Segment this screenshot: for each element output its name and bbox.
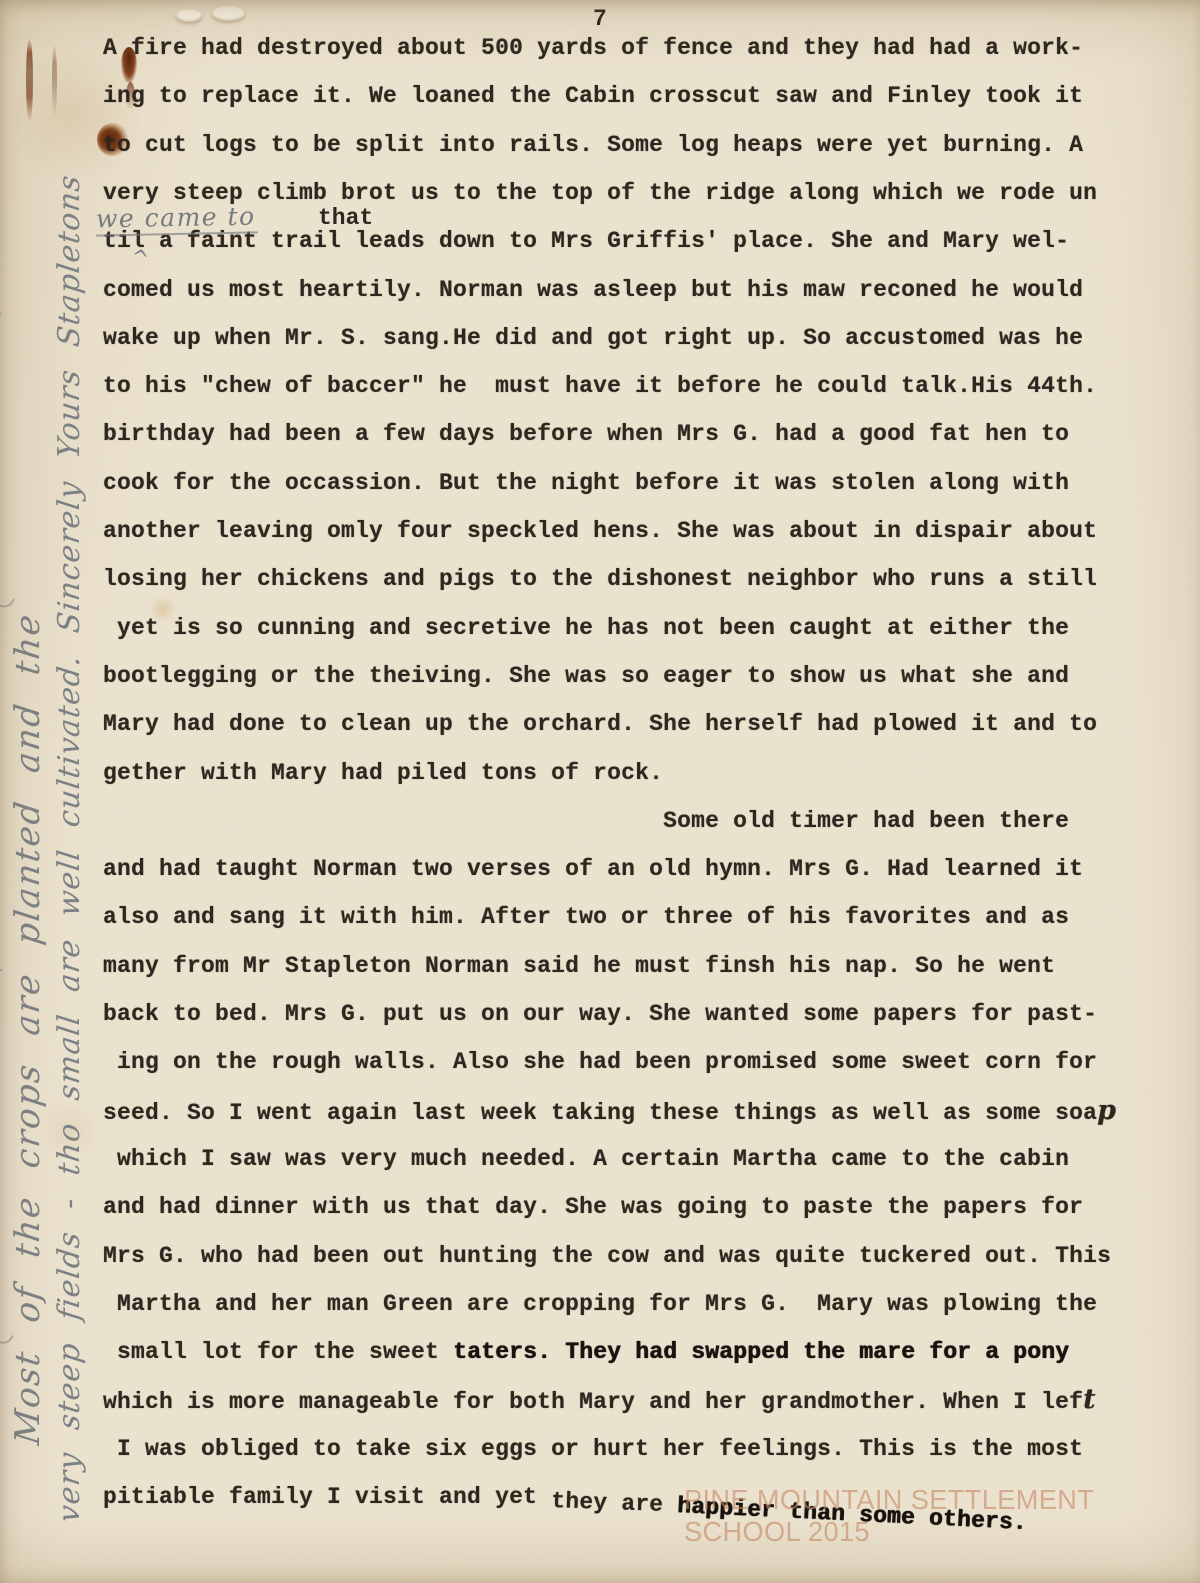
typed-segment: seed. So I went again last week taking t… [103,1100,1097,1126]
typed-segment: and had taught Norman two verses of an o… [103,856,1083,882]
typed-segment: also and sang it with him. After two or … [103,904,1069,930]
margin-scribble-fragment [0,262,25,322]
typed-segment: bootlegging or the theiving. She was so … [103,663,1069,689]
typed-segment: wake up when Mr. S. sang.He did and got … [103,325,1083,351]
margin-signature: Sincerely Yours Stapletons [52,173,87,658]
typed-segment: gether with Mary had piled tons of rock. [103,760,663,786]
typed-segment: t [1083,1384,1096,1415]
typed-line: cook for the occassion. But the night be… [103,470,1069,496]
typed-segment: ing on the rough walls. Also she had bee… [103,1049,1097,1075]
archive-watermark: PINE MOUNTAIN SETTLEMENT SCHOOL 2015 [684,1484,1185,1548]
typed-segment: ing to replace it. We loaned the Cabin c… [103,83,1083,109]
paper-hole [176,9,202,22]
typed-line: A fire had destroyed about 500 yards of … [103,35,1083,61]
pencil-insertion-note: we came to [96,202,256,234]
typed-segment: Mary had done to clean up the orchard. S… [103,711,1097,737]
typed-segment: which I saw was very much needed. A cert… [103,1146,1069,1172]
typed-segment: they are [551,1488,678,1518]
typed-line: which is more manageable for both Mary a… [103,1387,1096,1415]
typed-line: to cut logs to be split into rails. Some… [103,132,1083,158]
typed-segment: Martha and her man Green are cropping fo… [103,1291,1097,1317]
typed-line: back to bed. Mrs G. put us on our way. S… [103,1001,1097,1027]
typed-segment: small lot for the sweet [103,1339,453,1365]
rust-stain [52,44,57,118]
typed-segment: comed us most heartily. Norman was aslee… [103,277,1083,303]
typed-line: small lot for the sweet taters. They had… [103,1339,1069,1365]
typed-line: ing on the rough walls. Also she had bee… [103,1049,1097,1075]
typed-segment: yet is so cunning and secretive he has n… [103,615,1069,641]
typed-segment: back to bed. Mrs G. put us on our way. S… [103,1001,1097,1027]
typed-line: yet is so cunning and secretive he has n… [103,615,1069,641]
typed-line: to his "chew of baccer" he must have it … [103,373,1097,399]
typed-segment: pitiable family I visit and yet [103,1484,551,1510]
typed-line: many from Mr Stapleton Norman said he mu… [103,953,1055,979]
typed-line: Mrs G. who had been out hunting the cow … [103,1243,1111,1269]
typed-line: Mary had done to clean up the orchard. S… [103,711,1097,737]
typed-line: gether with Mary had piled tons of rock. [103,760,663,786]
typed-line: Some old timer had been there [103,808,1069,834]
paper-hole [212,6,245,21]
typed-segment: another leaving omly four speckled hens.… [103,518,1097,544]
typed-segment: Mrs G. who had been out hunting the cow … [103,1243,1111,1269]
typed-segment: cook for the occassion. But the night be… [103,470,1069,496]
typed-segment: Some old timer had been there [103,808,1069,834]
typed-segment: and had dinner with us that day. She was… [103,1194,1083,1220]
letter-page: 7 A fire had destroyed about 500 yards o… [0,0,1200,1583]
typed-line: bootlegging or the theiving. She was so … [103,663,1069,689]
page-number: 7 [593,6,607,32]
typed-line: ing to replace it. We loaned the Cabin c… [103,83,1083,109]
typed-line: seed. So I went again last week taking t… [103,1098,1116,1126]
typed-line: which I saw was very much needed. A cert… [103,1146,1069,1172]
typed-segment: p [1097,1095,1116,1126]
typed-line: Martha and her man Green are cropping fo… [103,1291,1097,1317]
foxing-stain [10,40,140,190]
typed-segment: to cut logs to be split into rails. Some… [103,132,1083,158]
typed-line: also and sang it with him. After two or … [103,904,1069,930]
margin-handwriting-outer: Most of the crops are planted and the [8,611,48,1447]
typed-segment: losing her chickens and pigs to the dish… [103,566,1097,592]
typed-line: birthday had been a few days before when… [103,421,1069,447]
typed-segment: A fire had destroyed about 500 yards of … [103,35,1083,61]
typed-line: and had dinner with us that day. She was… [103,1194,1083,1220]
typed-line: wake up when Mr. S. sang.He did and got … [103,325,1083,351]
typed-segment: birthday had been a few days before when… [103,421,1069,447]
typed-segment: to his "chew of baccer" he must have it … [103,373,1097,399]
typed-segment: I was obliged to take six eggs or hurt h… [103,1436,1083,1462]
caret-mark: ^ [129,244,151,271]
typed-segment: many from Mr Stapleton Norman said he mu… [103,953,1055,979]
typed-line: another leaving omly four speckled hens.… [103,518,1097,544]
rust-stain [26,38,33,122]
typed-insertion-word: that [318,205,373,231]
typed-line: comed us most heartily. Norman was aslee… [103,277,1083,303]
margin-handwriting-inner: very steep fields - tho small are well c… [52,173,87,1525]
typed-segment: taters. They had swapped the mare for a … [453,1339,1069,1365]
typed-line: losing her chickens and pigs to the dish… [103,566,1097,592]
typed-segment: which is more manageable for both Mary a… [103,1389,1083,1415]
typed-line: I was obliged to take six eggs or hurt h… [103,1436,1083,1462]
margin-scribble-fragment [0,553,22,611]
typed-line: and had taught Norman two verses of an o… [103,856,1083,882]
margin-handwriting-text: very steep fields - tho small are well c… [52,653,87,1524]
